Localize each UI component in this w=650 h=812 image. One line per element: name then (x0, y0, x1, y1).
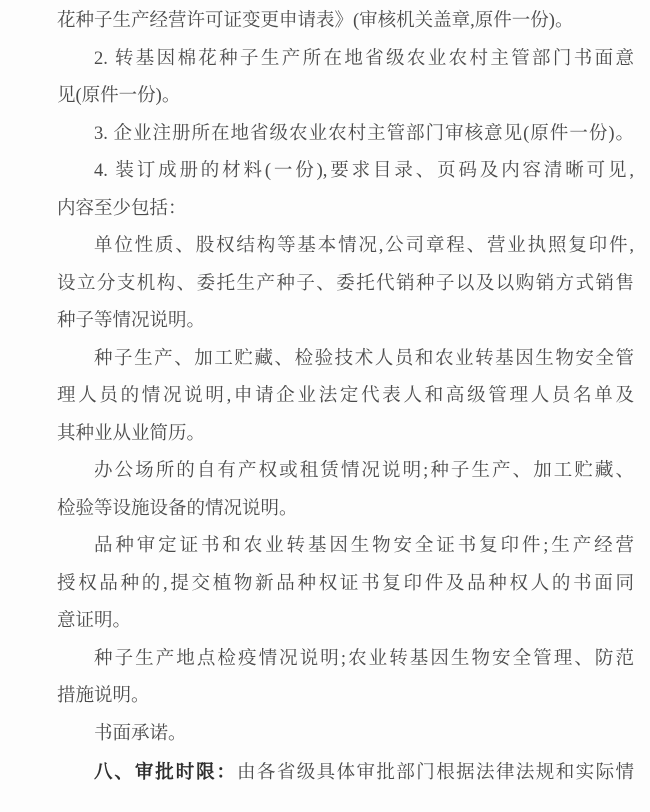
document-page: 花种子生产经营许可证变更申请表》(审核机关盖章,原件一份)。2. 转基因棉花种子… (0, 0, 650, 812)
text-line: 4. 装订成册的材料(一份),要求目录、页码及内容清晰可见, (57, 153, 634, 191)
document-text-block: 花种子生产经营许可证变更申请表》(审核机关盖章,原件一份)。2. 转基因棉花种子… (57, 3, 634, 791)
text-line: 办公场所的自有产权或租赁情况说明;种子生产、加工贮藏、 (57, 453, 634, 491)
section-heading: 八、审批时限： (94, 761, 237, 782)
text-line: 设立分支机构、委托生产种子、委托代销种子以及以购销方式销售 (57, 266, 634, 304)
text-line: 授权品种的,提交植物新品种权证书复印件及品种权人的书面同 (57, 566, 634, 604)
text-line: 见(原件一份)。 (57, 78, 634, 116)
text-line: 2. 转基因棉花种子生产所在地省级农业农村主管部门书面意 (57, 41, 634, 79)
text-line: 3. 企业注册所在地省级农业农村主管部门审核意见(原件一份)。 (57, 116, 634, 154)
text-line: 种子等情况说明。 (57, 303, 634, 341)
text-line: 八、审批时限：由各省级具体审批部门根据法律法规和实际情 (57, 753, 634, 791)
text-line: 意证明。 (57, 603, 634, 641)
text-line: 其种业从业简历。 (57, 416, 634, 454)
text-line: 种子生产地点检疫情况说明;农业转基因生物安全管理、防范 (57, 641, 634, 679)
text-line: 花种子生产经营许可证变更申请表》(审核机关盖章,原件一份)。 (57, 3, 634, 41)
text-line: 措施说明。 (57, 678, 634, 716)
text-line: 内容至少包括： (57, 191, 634, 229)
text-line: 单位性质、股权结构等基本情况,公司章程、营业执照复印件, (57, 228, 634, 266)
text-line: 品种审定证书和农业转基因生物安全证书复印件;生产经营 (57, 528, 634, 566)
text-line: 书面承诺。 (57, 716, 634, 754)
text-line: 理人员的情况说明,申请企业法定代表人和高级管理人员名单及 (57, 378, 634, 416)
text-line: 检验等设施设备的情况说明。 (57, 491, 634, 529)
text-line-body: 由各省级具体审批部门根据法律法规和实际情 (237, 763, 634, 783)
text-line: 种子生产、加工贮藏、检验技术人员和农业转基因生物安全管 (57, 341, 634, 379)
